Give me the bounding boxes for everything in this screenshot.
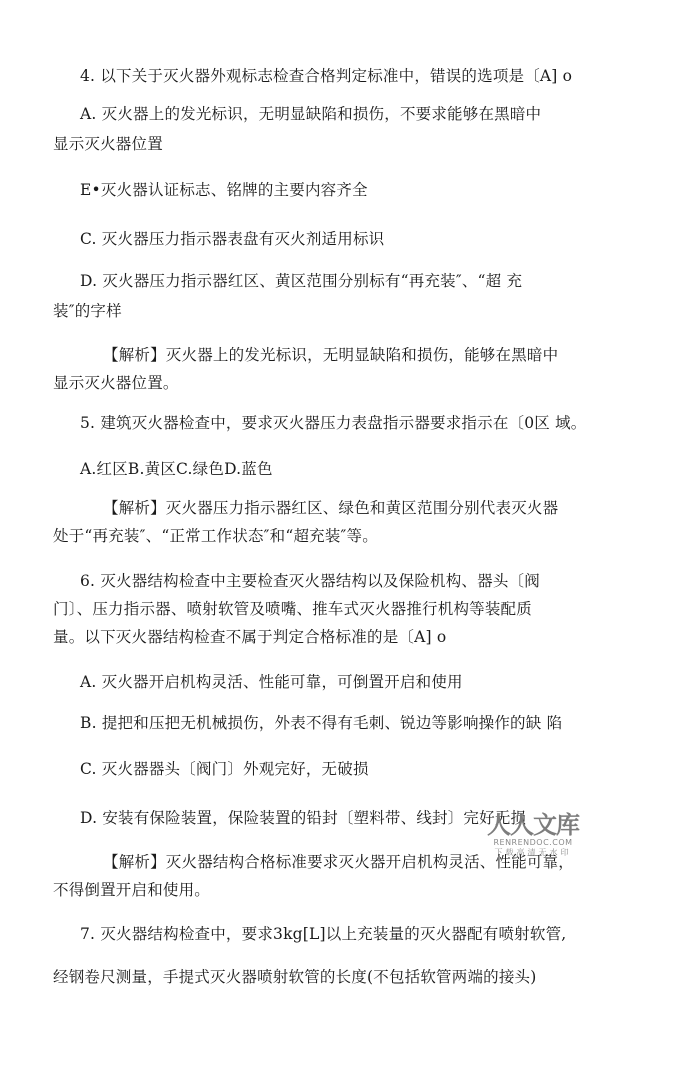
- question-5-analysis-cont: 处于“再充装″、“正常工作状态″和“超充装″等。: [53, 526, 378, 546]
- question-5-options: A.红区B.黄区C.绿色D.蓝色: [80, 459, 273, 479]
- question-6-option-b: B. 提把和压把无机械损伤，外表不得有毛刺、锐边等影响操作的缺 陷: [80, 713, 562, 733]
- question-7-stem: 7. 灭火器结构检查中，要求3kg[L]以上充装量的灭火器配有喷射软管,: [80, 924, 566, 944]
- question-4-option-d-cont: 装″的字样: [53, 301, 122, 321]
- question-6-option-c: C. 灭火器器头〔阀门〕外观完好，无破损: [80, 759, 369, 779]
- question-4-stem: 4. 以下关于灭火器外观标志检查合格判定标准中，错误的选项是〔A] o: [80, 66, 572, 86]
- question-6-stem: 6. 灭火器结构检查中主要检查灭火器结构以及保险机构、器头〔阀: [80, 571, 540, 591]
- question-6-option-a: A. 灭火器开启机构灵活、性能可靠，可倒置开启和使用: [80, 672, 463, 692]
- watermark-logo: 人人文库 RENRENDOC.COM 下载高清无水印: [483, 812, 583, 858]
- question-4-option-d: D. 灭火器压力指示器红区、黄区范围分别标有“再充装″、“超 充: [80, 271, 522, 291]
- question-6-analysis-cont: 不得倒置开启和使用。: [53, 880, 210, 900]
- question-4-option-a: A. 灭火器上的发光标识，无明显缺陷和损伤，不要求能够在黑暗中: [80, 104, 541, 124]
- question-5-analysis: 【解析】灭火器压力指示器红区、绿色和黄区范围分别代表灭火器: [103, 498, 558, 518]
- question-4-analysis-cont: 显示灭火器位置。: [53, 373, 179, 393]
- question-4-option-a-cont: 显示灭火器位置: [53, 134, 163, 154]
- question-6-stem-cont-1: 门〕、压力指示器、喷射软管及喷嘴、推车式灭火器推行机构等装配质: [53, 599, 532, 619]
- watermark-title: 人人文库: [483, 812, 583, 838]
- question-7-stem-cont: 经钢卷尺测量，手提式灭火器喷射软管的长度(不包括软管两端的接头): [53, 967, 537, 987]
- question-6-option-d: D. 安装有保险装置，保险装置的铅封〔塑料带、线封〕完好无损: [80, 808, 526, 828]
- watermark-url: RENRENDOC.COM: [483, 838, 583, 848]
- watermark-subtitle: 下载高清无水印: [483, 848, 583, 858]
- question-4-option-b: E•灭火器认证标志、铭牌的主要内容齐全: [80, 180, 368, 200]
- question-4-analysis: 【解析】灭火器上的发光标识，无明显缺陷和损伤，能够在黑暗中: [103, 345, 558, 365]
- question-6-stem-cont-2: 量。以下灭火器结构检查不属于判定合格标准的是〔A] o: [53, 627, 446, 647]
- question-4-option-c: C. 灭火器压力指示器表盘有灭火剂适用标识: [80, 229, 384, 249]
- question-5-stem: 5. 建筑灭火器检查中，要求灭火器压力表盘指示器要求指示在〔0区 域。: [80, 413, 587, 433]
